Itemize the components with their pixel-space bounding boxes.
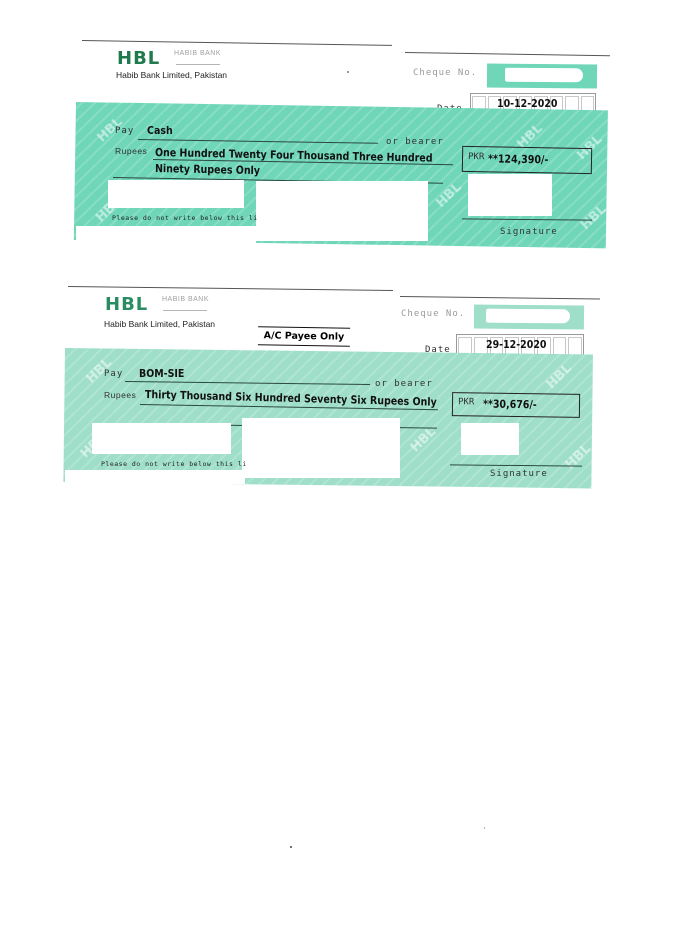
- band-note: Please do not write below this li: [101, 460, 247, 468]
- pay-label: Pay: [104, 369, 123, 379]
- hbl-logo: HBL: [105, 294, 148, 315]
- cheque-no-field: [474, 305, 584, 330]
- cheque-no-label: Cheque No.: [401, 309, 465, 319]
- signature-label: Signature: [490, 469, 548, 479]
- bank-name: Habib Bank Limited, Pakistan: [104, 319, 215, 329]
- account-redaction: [92, 423, 231, 454]
- bearer-label: or bearer: [375, 379, 433, 389]
- bottom-band-cutout: [65, 470, 245, 484]
- rupees-label: Rupees: [104, 390, 136, 400]
- date-value: 29-12-2020: [486, 338, 547, 351]
- scan-speck: [290, 846, 292, 848]
- amount-box: PKR **30,676/-: [452, 392, 580, 418]
- payee-value: BOM-SIE: [139, 367, 184, 380]
- urdu-logotype: [163, 304, 207, 311]
- amount-figures: **30,676/-: [483, 398, 537, 412]
- cheque-top-edge: [400, 296, 600, 299]
- cheque-no-redaction: [486, 309, 570, 324]
- cheque-top-edge: [68, 286, 393, 291]
- crossing-ac-payee: A/C Payee Only: [258, 326, 350, 347]
- signature-stamp-redaction: [461, 423, 519, 455]
- cheque-2: HBL HABIB BANK Habib Bank Limited, Pakis…: [0, 0, 680, 520]
- currency-label: PKR: [458, 397, 474, 407]
- scan-speck: [347, 71, 349, 73]
- scan-speck: [484, 827, 485, 829]
- center-redaction: [242, 418, 400, 478]
- logo-subtitle: HABIB BANK: [162, 296, 209, 303]
